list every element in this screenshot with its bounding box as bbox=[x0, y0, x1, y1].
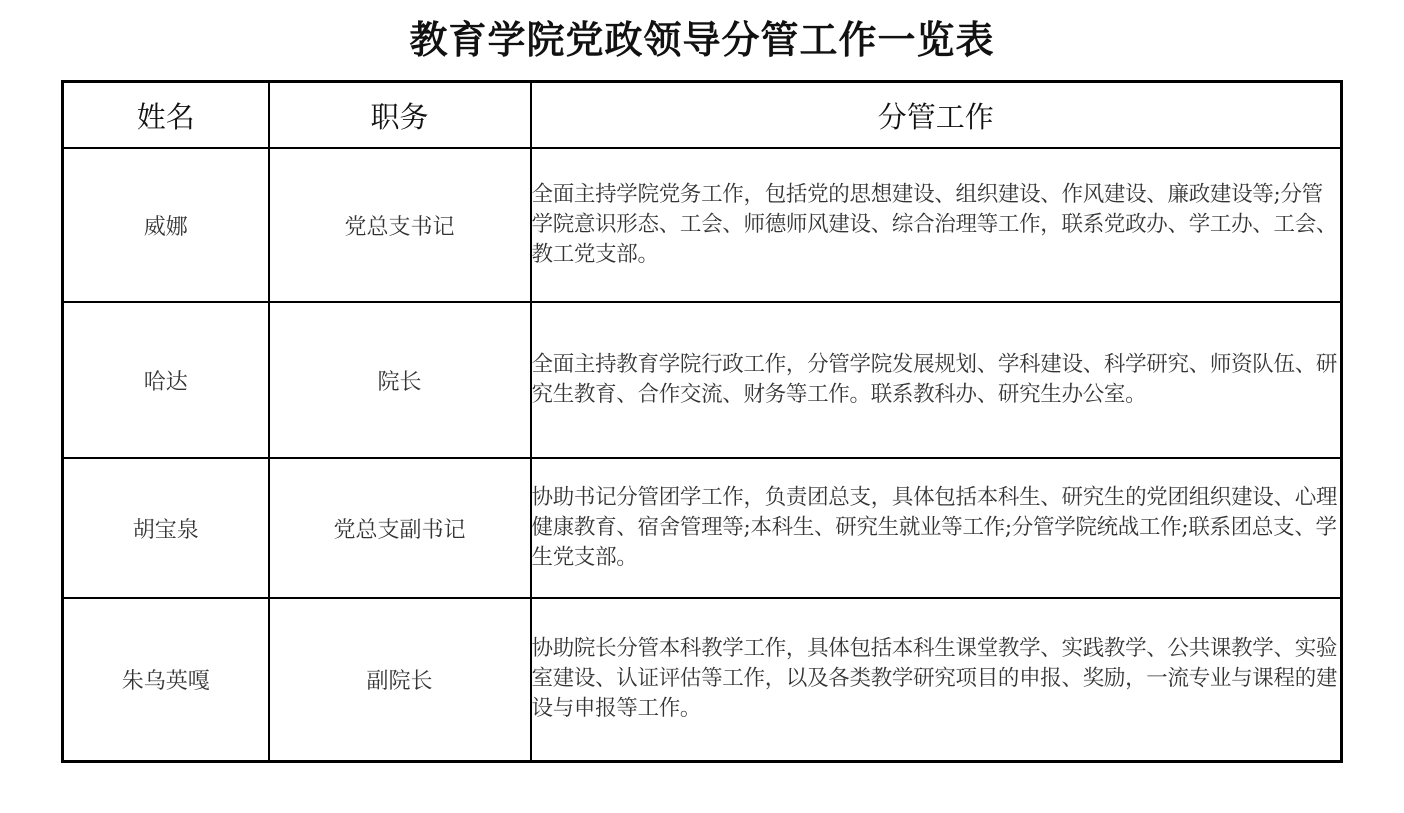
table-header-row: 姓名 职务 分管工作 bbox=[63, 82, 1342, 149]
column-header-responsibilities: 分管工作 bbox=[531, 82, 1342, 149]
cell-responsibilities: 全面主持学院党务工作，包括党的思想建设、组织建设、作风建设、廉政建设等;分管学院… bbox=[531, 148, 1342, 302]
column-header-name: 姓名 bbox=[63, 82, 269, 149]
cell-position: 院长 bbox=[269, 302, 531, 458]
cell-name: 威娜 bbox=[63, 148, 269, 302]
cell-responsibilities: 协助院长分管本科教学工作，具体包括本科生课堂教学、实践教学、公共课教学、实验室建… bbox=[531, 598, 1342, 761]
cell-position: 党总支副书记 bbox=[269, 458, 531, 598]
document-title: 教育学院党政领导分管工作一览表 bbox=[0, 14, 1404, 66]
cell-position: 党总支书记 bbox=[269, 148, 531, 302]
cell-name: 哈达 bbox=[63, 302, 269, 458]
table-row: 威娜 党总支书记 全面主持学院党务工作，包括党的思想建设、组织建设、作风建设、廉… bbox=[63, 148, 1342, 302]
table-row: 朱乌英嘎 副院长 协助院长分管本科教学工作，具体包括本科生课堂教学、实践教学、公… bbox=[63, 598, 1342, 761]
cell-responsibilities: 协助书记分管团学工作，负责团总支，具体包括本科生、研究生的党团组织建设、心理健康… bbox=[531, 458, 1342, 598]
leadership-duty-table: 姓名 职务 分管工作 威娜 党总支书记 全面主持学院党务工作，包括党的思想建设、… bbox=[61, 80, 1343, 763]
table-row: 胡宝泉 党总支副书记 协助书记分管团学工作，负责团总支，具体包括本科生、研究生的… bbox=[63, 458, 1342, 598]
table-row: 哈达 院长 全面主持教育学院行政工作，分管学院发展规划、学科建设、科学研究、师资… bbox=[63, 302, 1342, 458]
column-header-position: 职务 bbox=[269, 82, 531, 149]
cell-responsibilities: 全面主持教育学院行政工作，分管学院发展规划、学科建设、科学研究、师资队伍、研究生… bbox=[531, 302, 1342, 458]
cell-name: 胡宝泉 bbox=[63, 458, 269, 598]
cell-name: 朱乌英嘎 bbox=[63, 598, 269, 761]
cell-position: 副院长 bbox=[269, 598, 531, 761]
